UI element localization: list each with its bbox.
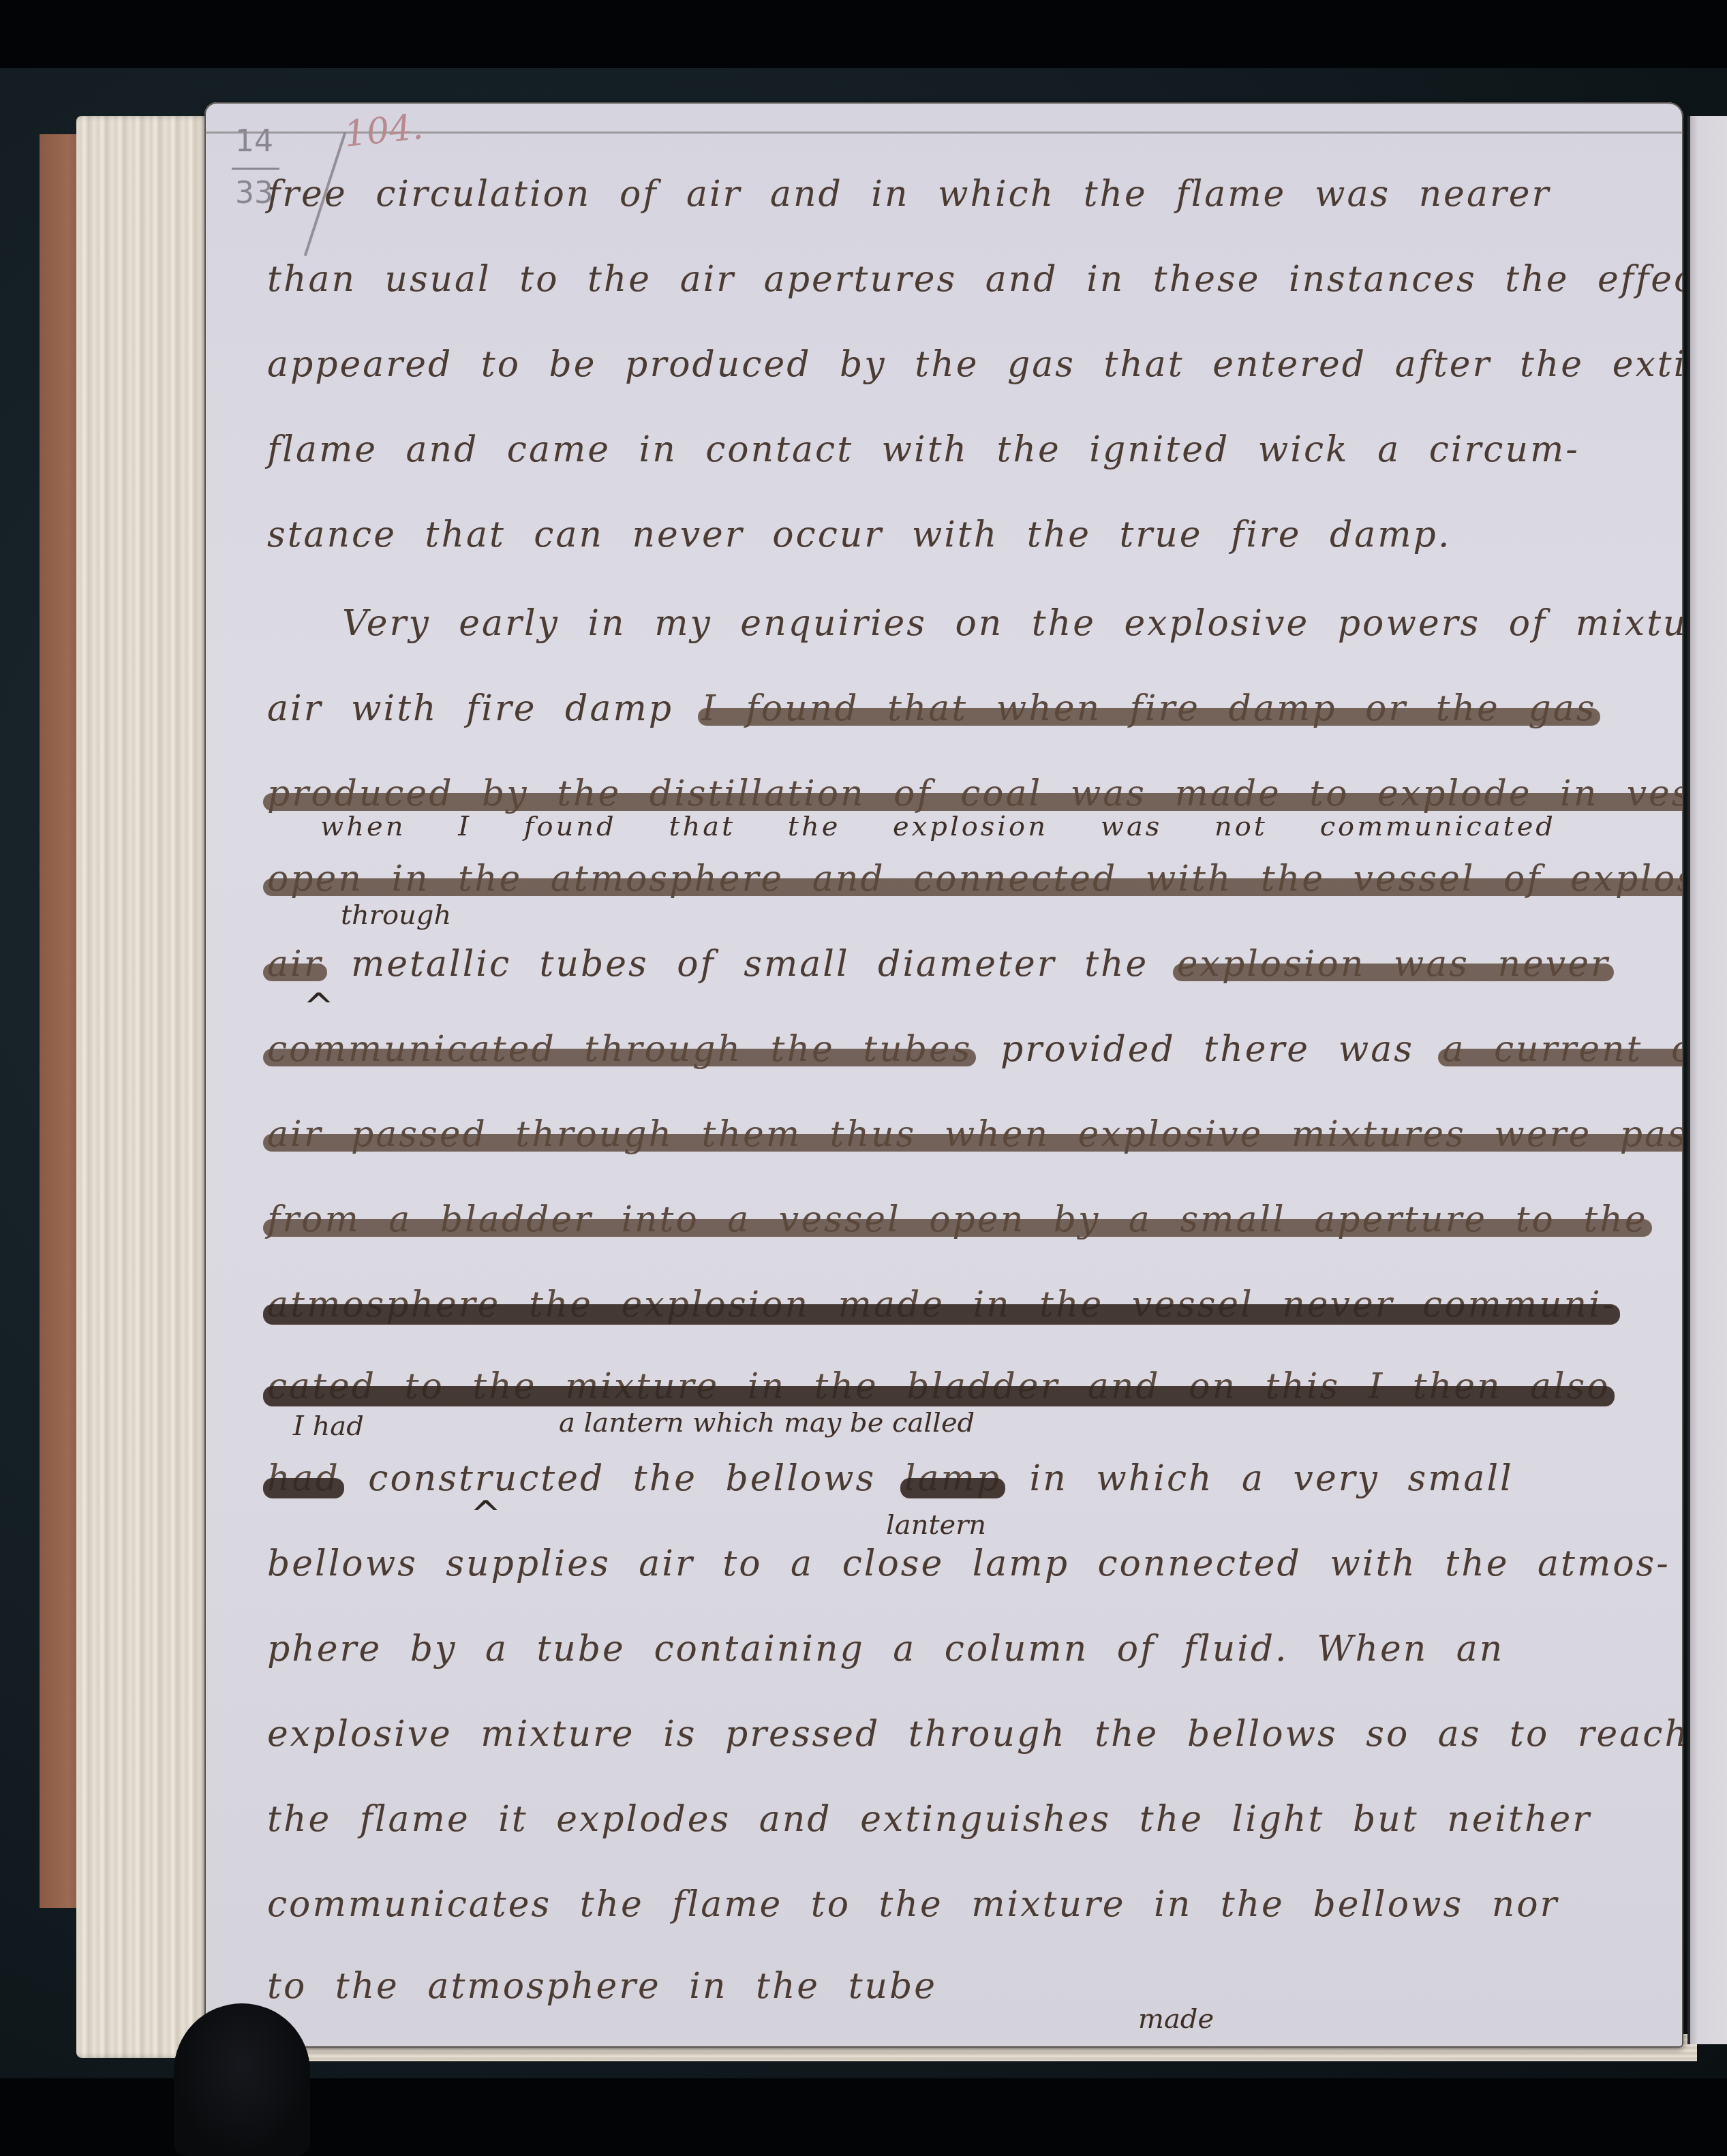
struck-text: air passed through them thus when explos… [267, 1114, 1683, 1155]
manuscript-line-19: explosive mixture is pressed through the… [267, 1714, 1657, 1755]
struck-text: cated to the mixture in the bladder and … [267, 1366, 1610, 1407]
line-text: flame and came in contact with the ignit… [267, 429, 1580, 470]
pencil-folio-rule [232, 168, 279, 170]
line-text: bellows supplies air to a close lamp con… [267, 1543, 1670, 1584]
manuscript-line-10: air metallic tubes of small diameter the… [267, 944, 1657, 985]
page-stack-left [76, 116, 219, 2058]
line-text: air with fire damp [267, 688, 673, 729]
manuscript-line-1: free circulation of air and in which the… [267, 174, 1657, 215]
struck-text: open in the atmosphere and connected wit… [267, 859, 1683, 899]
line-text: constructed the bellows [368, 1458, 876, 1499]
insertion-caret: ^ [470, 1492, 501, 1535]
manuscript-page: 14 33 104. free circulation of air and i… [204, 102, 1683, 2048]
line-text: to the atmosphere in the tube [267, 1966, 937, 2007]
manuscript-line-3: appeared to be produced by the gas that … [267, 344, 1657, 385]
line-text: Very early in my enquiries on the explos… [342, 603, 1683, 644]
manuscript-line-9: open in the atmosphere and connected wit… [267, 859, 1657, 899]
manuscript-line-17: bellows supplies air to a close lamp con… [267, 1543, 1657, 1584]
interlinear-insertion: a lantern which may be called [559, 1407, 975, 1438]
line-text: metallic tubes of small diameter the [351, 944, 1148, 985]
line-text: phere by a tube containing a column of f… [267, 1629, 1504, 1669]
manuscript-line-2: than usual to the air apertures and in t… [267, 259, 1657, 300]
line-text: explosive mixture is pressed through the… [267, 1714, 1683, 1755]
struck-text: lamp [904, 1458, 1001, 1499]
line-text: communicates the flame to the mixture in… [267, 1884, 1559, 1925]
struck-text: had [267, 1458, 340, 1499]
interlinear-insertion: made [1138, 2003, 1214, 2035]
struck-text: a current of [1442, 1029, 1683, 1070]
struck-text: communicated through the tubes [267, 1029, 972, 1070]
manuscript-line-22: to the atmosphere in the tube [267, 1966, 1657, 2007]
scanner-thumb [174, 2003, 310, 2156]
manuscript-line-20: the flame it explodes and extinguishes t… [267, 1799, 1657, 1840]
struck-text: from a bladder into a vessel open by a s… [267, 1199, 1648, 1240]
page-top-fold [204, 126, 1683, 134]
line-text: than usual to the air apertures and in t… [267, 259, 1683, 300]
interlinear-insertion: through [341, 899, 451, 931]
manuscript-line-12: air passed through them thus when explos… [267, 1114, 1657, 1155]
line-text: the flame it explodes and extinguishes t… [267, 1799, 1591, 1840]
line-text: stance that can never occur with the tru… [267, 514, 1451, 555]
folio-number: 104. [342, 106, 425, 155]
manuscript-line-8: produced by the distillation of coal was… [267, 773, 1657, 814]
manuscript-line-13: from a bladder into a vessel open by a s… [267, 1199, 1657, 1240]
line-text: free circulation of air and in which the… [267, 174, 1550, 215]
scan-background-top [0, 0, 1727, 68]
struck-text: explosion was never [1177, 944, 1610, 985]
pencil-folio-top: 14 [235, 124, 273, 159]
line-text: provided there was [1000, 1029, 1414, 1070]
struck-text: produced by the distillation of coal was… [267, 773, 1683, 814]
line-text: in which a very small [1030, 1458, 1514, 1499]
struck-text: atmosphere the explosion made in the ves… [267, 1284, 1616, 1325]
manuscript-line-11: communicated through the tubes provided … [267, 1029, 1657, 1070]
manuscript-line-21: communicates the flame to the mixture in… [267, 1884, 1657, 1925]
manuscript-line-7: air with fire damp I found that when fir… [267, 688, 1657, 729]
struck-text: I found that when fire damp or the gas [702, 688, 1597, 729]
struck-text: air [267, 944, 323, 985]
manuscript-line-6: Very early in my enquiries on the explos… [267, 603, 1683, 644]
manuscript-line-4: flame and came in contact with the ignit… [267, 429, 1657, 470]
facing-page-edge [1687, 116, 1727, 2044]
line-text: appeared to be produced by the gas that … [267, 344, 1683, 385]
manuscript-line-5: stance that can never occur with the tru… [267, 514, 1657, 555]
interlinear-insertion: when I found that the explosion was not … [320, 811, 1556, 842]
manuscript-line-14: atmosphere the explosion made in the ves… [267, 1284, 1657, 1325]
insertion-caret: ^ [303, 985, 334, 1028]
manuscript-line-18: phere by a tube containing a column of f… [267, 1629, 1657, 1669]
interlinear-insertion: lantern [886, 1509, 986, 1541]
interlinear-insertion: I had [293, 1411, 364, 1442]
manuscript-line-15: cated to the mixture in the bladder and … [267, 1366, 1657, 1407]
